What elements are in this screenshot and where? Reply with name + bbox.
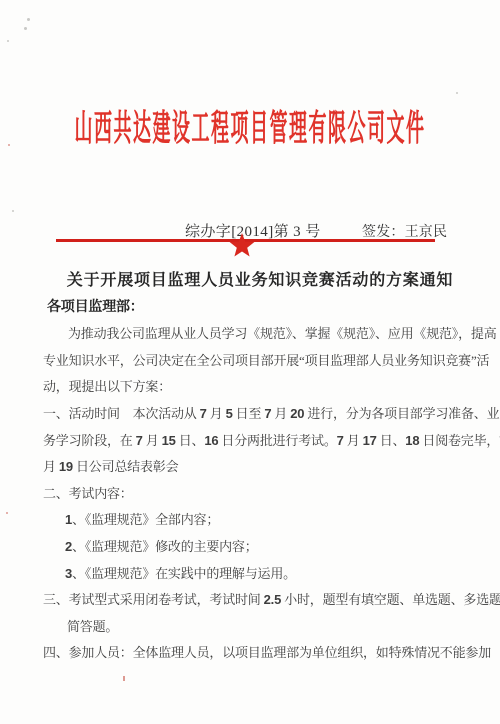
company-letterhead-title: 山西共达建设工程项目管理有限公司文件 — [0, 102, 500, 154]
body-line: 二、考试内容： — [43, 481, 459, 508]
scan-speck — [8, 144, 10, 146]
subject-title: 关于开展项目监理人员业务知识竞赛活动的方案通知 — [43, 268, 459, 295]
body-line: 务学习阶段，在 7 月 15 日、16 日分两批进行考试。7 月 17 日、18… — [43, 428, 459, 455]
scan-speck — [27, 18, 30, 21]
scanned-document-page: 山西共达建设工程项目管理有限公司文件 综办字[2014]第 3 号 签发：王京民… — [0, 0, 500, 724]
scan-speck — [12, 210, 14, 212]
body-line: 1、《监理规范》全部内容； — [43, 507, 459, 534]
body-line: 简答题。 — [43, 614, 459, 641]
scan-speck — [456, 92, 458, 94]
body-line: 月 19 日公司总结表彰会 — [43, 454, 459, 481]
star-icon — [229, 233, 255, 258]
body-lines: 为推动我公司监理从业人员学习《规范》、掌握《规范》、应用《规范》，提高专业知识水… — [43, 321, 459, 667]
body-line: 2、《监理规范》修改的主要内容； — [43, 534, 459, 561]
issuer-signature: 签发：王京民 — [362, 221, 447, 241]
salutation: 各项目监理部： — [47, 295, 459, 322]
body-line: 3、《监理规范》在实践中的理解与运用。 — [43, 561, 459, 588]
body-line: 四、参加人员：全体监理人员，以项目监理部为单位组织，如特殊情况不能参加 — [43, 640, 459, 667]
body-line: 一、活动时间 本次活动从 7 月 5 日至 7 月 20 进行，分为各项目部学习… — [43, 401, 459, 428]
scan-speck — [24, 27, 27, 30]
document-body: 关于开展项目监理人员业务知识竞赛活动的方案通知 各项目监理部： 为推动我公司监理… — [43, 268, 459, 667]
body-line: 动，现提出以下方案： — [43, 374, 459, 401]
body-line: 为推动我公司监理从业人员学习《规范》、掌握《规范》、应用《规范》，提高 — [43, 321, 459, 348]
body-line: 专业知识水平，公司决定在全公司项目部开展“项目监理部人员业务知识竞赛”活 — [43, 348, 459, 375]
star-shape — [230, 233, 255, 257]
scan-speck — [6, 512, 8, 514]
scan-speck — [123, 676, 125, 681]
body-line: 三、考试型式采用闭卷考试，考试时间 2.5 小时，题型有填空题、单选题、多选题、 — [43, 587, 459, 614]
scan-speck — [7, 40, 9, 42]
